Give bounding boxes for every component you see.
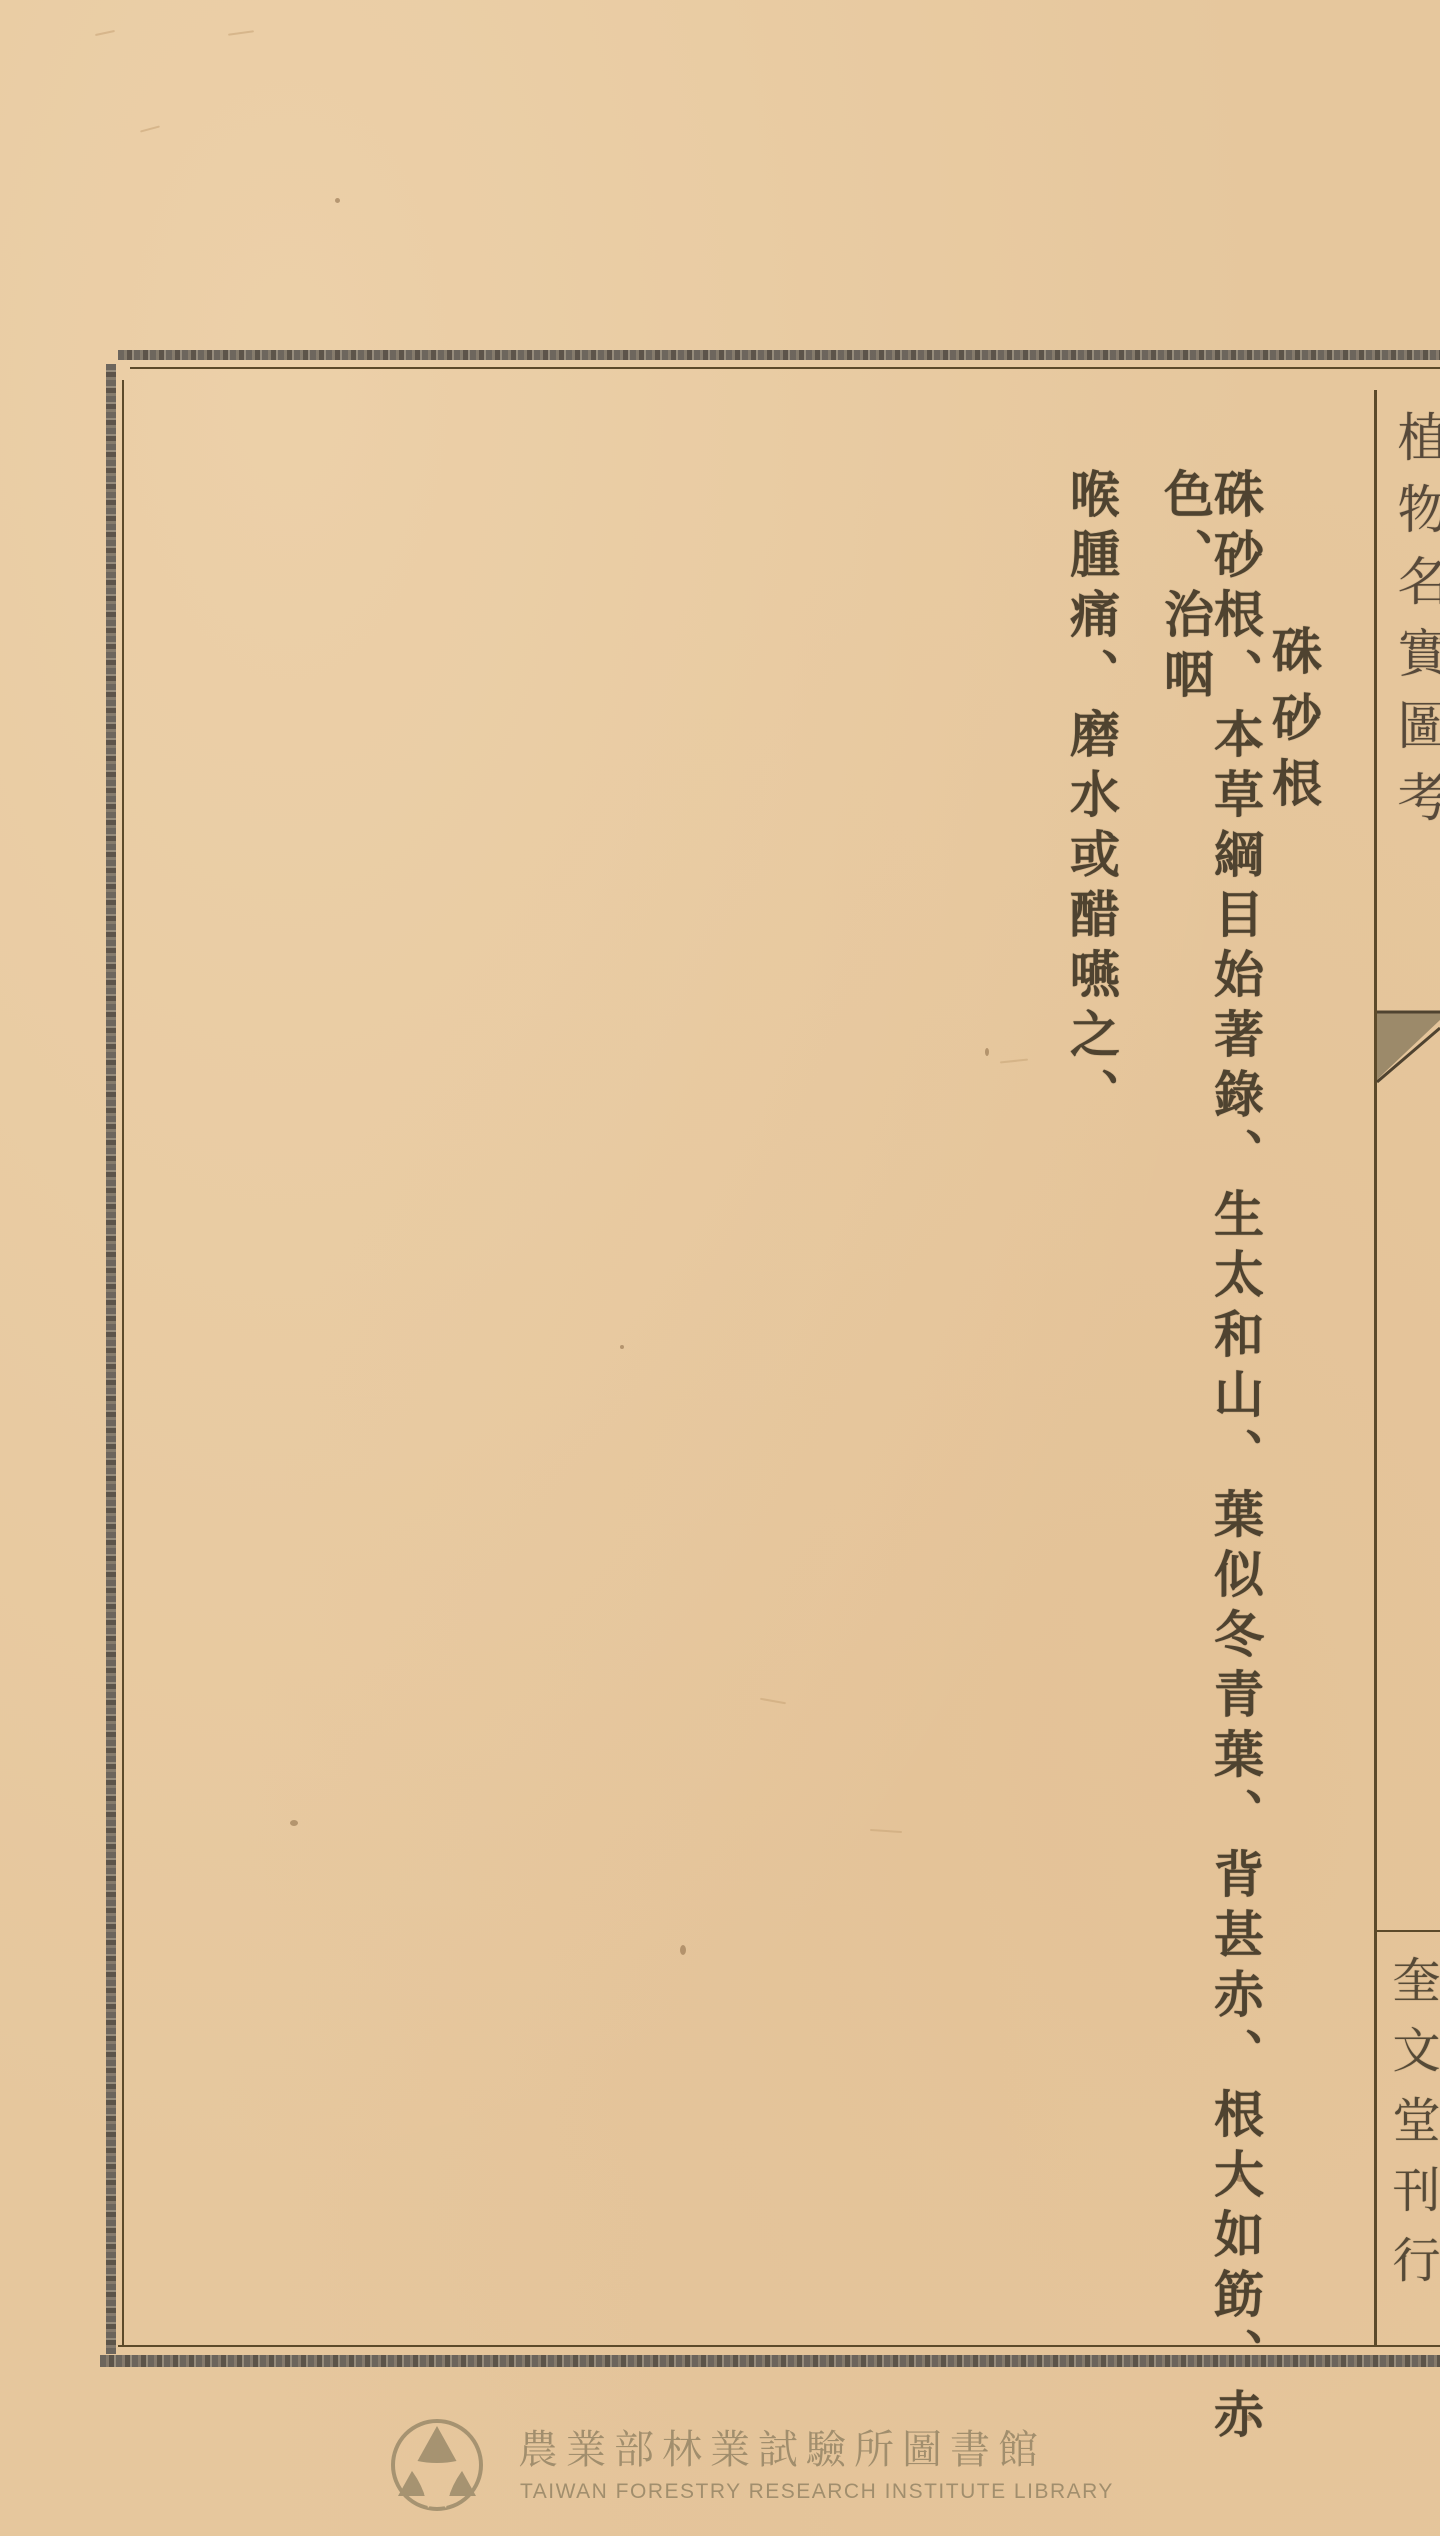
- publisher-box-top-rule: [1377, 1930, 1440, 1932]
- paper-speck: [290, 1820, 298, 1826]
- publisher-imprint: 奎文堂刊行: [1388, 1955, 1436, 2305]
- frame-top-thick-rule: [118, 350, 1440, 360]
- book-title-edge: 植物名實圖考: [1392, 410, 1440, 842]
- fish-tail-ornament-icon: [1375, 1010, 1440, 1085]
- library-name-zh: 農業部林業試驗所圖書館: [518, 2418, 1046, 2475]
- paper-fiber: [95, 30, 115, 36]
- frame-left-thin-rule: [122, 380, 124, 2345]
- centerfold-rule: [1374, 390, 1377, 2345]
- paper-speck: [985, 1048, 989, 1056]
- paper-speck: [680, 1945, 686, 1955]
- entry-text-column-1: 硃砂根、本草綱目始著錄、生太和山、葉似冬青葉、背甚赤、根大如筯、赤色、治咽: [1160, 468, 1260, 2536]
- library-watermark: 1896 農業部林業試驗所圖書館 TAIWAN FORESTRY RESEARC…: [372, 2400, 1072, 2530]
- frame-top-thin-rule: [130, 367, 1440, 369]
- paper-fiber: [1000, 1059, 1028, 1064]
- svg-text:1896: 1896: [423, 2492, 451, 2505]
- library-name-en: TAIWAN FORESTRY RESEARCH INSTITUTE LIBRA…: [520, 2480, 1114, 2504]
- paper-speck: [335, 198, 340, 203]
- institute-seal-icon: 1896: [372, 2400, 502, 2530]
- paper-speck: [620, 1345, 624, 1349]
- frame-left-thick-rule: [106, 364, 116, 2354]
- entry-title: 硃砂根: [1268, 625, 1318, 823]
- paper-fiber: [760, 1698, 786, 1704]
- paper-fiber: [228, 30, 254, 36]
- paper-fiber: [140, 125, 160, 132]
- entry-text-column-2: 喉腫痛、磨水或醋嚥之、: [1066, 468, 1116, 1128]
- paper-fiber: [870, 1829, 902, 1833]
